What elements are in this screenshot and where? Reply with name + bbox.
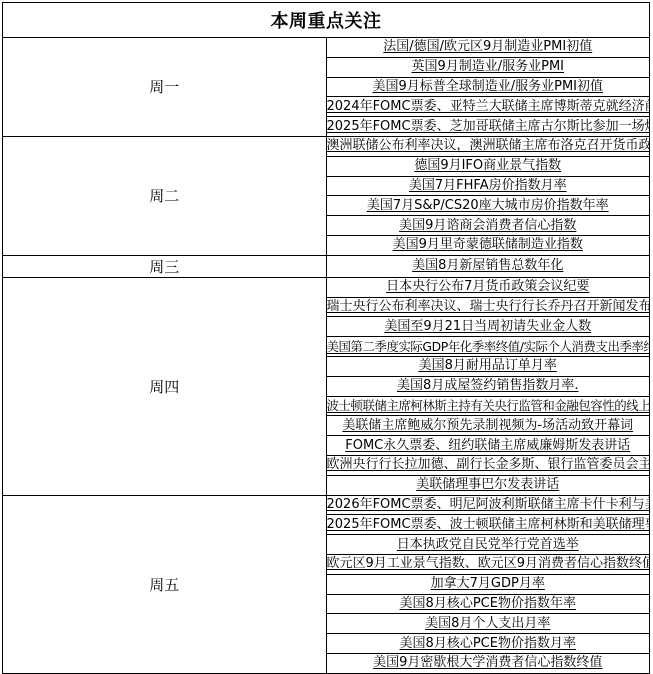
event-cell: 美国7月FHFA房价指数月率: [326, 176, 650, 196]
event-text: 美国至9月21日当周初请失业金人数: [384, 319, 591, 334]
event-cell: 美国9月里奇蒙德联储制造业指数: [326, 235, 650, 255]
event-text: 日本央行公布7月货币政策会议纪要: [386, 279, 589, 294]
event-cell: 2024年FOMC票委、亚特兰大联储主席博斯蒂克就经济前景发表讲话: [326, 97, 650, 117]
event-text: 美国9月标普全球制造业/服务业PMI初值: [372, 79, 603, 94]
event-text: 2025年FOMC票委、波士顿联储主席柯林斯和美联储理事库格勒发表讲话: [327, 517, 650, 532]
event-text: 美国9月里奇蒙德联储制造业指数: [393, 237, 583, 252]
event-cell: 美联储主席鲍威尔预先录制视频为-场活动致开幕词: [326, 416, 650, 436]
title-row: 本周重点关注: [3, 3, 650, 38]
event-cell: 美国至9月21日当周初请失业金人数: [326, 317, 650, 337]
event-text: 美国7月FHFA房价指数月率: [409, 178, 567, 193]
table-row: 周四日本央行公布7月货币政策会议纪要: [3, 277, 650, 297]
event-text: 瑞士央行公布利率决议、瑞士央行行长乔丹召开新闻发布会: [327, 299, 650, 314]
event-cell: 英国9月制造业/服务业PMI: [326, 57, 650, 77]
event-cell: 欧洲央行行长拉加德、副行长金多斯、银行监管委员会主席布赫发表讲话: [326, 455, 650, 475]
event-text: 2026年FOMC票委、明尼阿波利斯联储主席卡什卡利与美联储理事巴尔进行炉边谈话: [327, 497, 650, 512]
event-cell: 美国7月S&P/CS20座大城市房价指数年率: [326, 196, 650, 216]
event-text: 美国8月核心PCE物价指数月率: [400, 636, 576, 651]
event-text: 德国9月IFO商业景气指数: [414, 158, 561, 173]
event-cell: 美国第二季度实际GDP年化季率终值/实际个人消费支出季率终值/核心PCE物价指数…: [326, 337, 650, 357]
event-cell: 日本执政党自民党举行党首选举: [326, 535, 650, 555]
event-cell: 德国9月IFO商业景气指数: [326, 156, 650, 176]
event-text: 欧洲央行行长拉加德、副行长金多斯、银行监管委员会主席布赫发表讲话: [327, 457, 650, 472]
event-cell: 美国8月核心PCE物价指数年率: [326, 594, 650, 614]
event-cell: 2025年FOMC票委、波士顿联储主席柯林斯和美联储理事库格勒发表讲话: [326, 515, 650, 535]
event-text: 美联储理事巴尔发表讲话: [416, 477, 559, 492]
event-text: 美国7月S&P/CS20座大城市房价指数年率: [367, 198, 609, 213]
event-text: 美联储主席鲍威尔预先录制视频为-场活动致开幕词: [342, 418, 633, 433]
day-label-wednesday: 周三: [3, 255, 327, 277]
event-cell: 法国/德国/欧元区9月制造业PMI初值: [326, 38, 650, 58]
event-cell: 波士顿联储主席柯林斯主持有关央行监管和金融包容性的线上会议,美联储理事库格勒将出…: [326, 396, 650, 416]
event-cell: 美国8月新屋销售总数年化: [326, 255, 650, 277]
event-text: 澳洲联储公布利率决议，澳洲联储主席布洛克召开货币政策新闻发布会: [327, 138, 650, 153]
event-cell: 欧元区9月工业景气指数、欧元区9月消费者信心指数终值、欧元区9月经济景气指数: [326, 554, 650, 574]
event-cell: 瑞士央行公布利率决议、瑞士央行行长乔丹召开新闻发布会: [326, 297, 650, 317]
event-text: 加拿大7月GDP月率: [431, 576, 545, 591]
event-cell: 加拿大7月GDP月率: [326, 574, 650, 594]
event-text: 美国8月成屋签约销售指数月率.: [397, 378, 578, 393]
event-cell: 美国8月成屋签约销售指数月率.: [326, 376, 650, 396]
event-cell: FOMC永久票委、纽约联储主席威廉姆斯发表讲话: [326, 436, 650, 456]
event-text: 法国/德国/欧元区9月制造业PMI初值: [383, 39, 592, 54]
day-label-thursday: 周四: [3, 277, 327, 495]
event-cell: 美国8月个人支出月率: [326, 614, 650, 634]
event-cell: 美国9月谘商会消费者信心指数: [326, 216, 650, 236]
day-label-tuesday: 周二: [3, 136, 327, 255]
table-title: 本周重点关注: [3, 3, 650, 38]
event-text: 英国9月制造业/服务业PMI: [411, 59, 564, 74]
event-text: 美国8月耐用品订单月率: [419, 358, 557, 373]
table-row: 周三美国8月新屋销售总数年化: [3, 255, 650, 277]
event-text: 美国第二季度实际GDP年化季率终值/实际个人消费支出季率终值/核心PCE物价指数…: [327, 339, 650, 354]
event-cell: 美联储理事巴尔发表讲话: [326, 475, 650, 495]
event-cell: 美国8月核心PCE物价指数月率: [326, 634, 650, 654]
event-text: 波士顿联储主席柯林斯主持有关央行监管和金融包容性的线上会议,美联储理事库格勒将出…: [327, 398, 650, 413]
event-text: 日本执政党自民党举行党首选举: [397, 537, 579, 552]
weekly-focus-table-container: 本周重点关注 周一法国/德国/欧元区9月制造业PMI初值英国9月制造业/服务业P…: [2, 2, 650, 667]
event-cell: 美国9月标普全球制造业/服务业PMI初值: [326, 77, 650, 97]
event-text: 美国8月个人支出月率: [425, 616, 550, 631]
weekly-focus-table: 本周重点关注 周一法国/德国/欧元区9月制造业PMI初值英国9月制造业/服务业P…: [2, 2, 650, 667]
event-text: 美国9月谘商会消费者信心指数: [399, 218, 576, 233]
event-cell: 美国9月密歇根大学消费者信心指数终值: [326, 653, 650, 667]
table-row: 周五2026年FOMC票委、明尼阿波利斯联储主席卡什卡利与美联储理事巴尔进行炉边…: [3, 495, 650, 515]
day-label-monday: 周一: [3, 38, 327, 137]
event-cell: 2026年FOMC票委、明尼阿波利斯联储主席卡什卡利与美联储理事巴尔进行炉边谈话: [326, 495, 650, 515]
event-cell: 日本央行公布7月货币政策会议纪要: [326, 277, 650, 297]
table-row: 周一法国/德国/欧元区9月制造业PMI初值: [3, 38, 650, 58]
table-row: 周二澳洲联储公布利率决议，澳洲联储主席布洛克召开货币政策新闻发布会: [3, 136, 650, 156]
event-text: 美国8月新屋销售总数年化: [412, 258, 563, 273]
event-cell: 澳洲联储公布利率决议，澳洲联储主席布洛克召开货币政策新闻发布会: [326, 136, 650, 156]
event-text: FOMC永久票委、纽约联储主席威廉姆斯发表讲话: [345, 438, 630, 453]
event-text: 美国8月核心PCE物价指数年率: [400, 596, 576, 611]
day-label-friday: 周五: [3, 495, 327, 667]
event-cell: 美国8月耐用品订单月率: [326, 356, 650, 376]
schedule-body: 周一法国/德国/欧元区9月制造业PMI初值英国9月制造业/服务业PMI美国9月标…: [3, 38, 650, 668]
event-cell: 2025年FOMC票委、芝加哥联储主席古尔斯比参加一场炉边谈话: [326, 117, 650, 137]
event-text: 2024年FOMC票委、亚特兰大联储主席博斯蒂克就经济前景发表讲话: [327, 99, 650, 114]
event-text: 欧元区9月工业景气指数、欧元区9月消费者信心指数终值、欧元区9月经济景气指数: [327, 556, 650, 571]
event-text: 2025年FOMC票委、芝加哥联储主席古尔斯比参加一场炉边谈话: [327, 119, 650, 134]
event-text: 美国9月密歇根大学消费者信心指数终值: [373, 655, 602, 667]
